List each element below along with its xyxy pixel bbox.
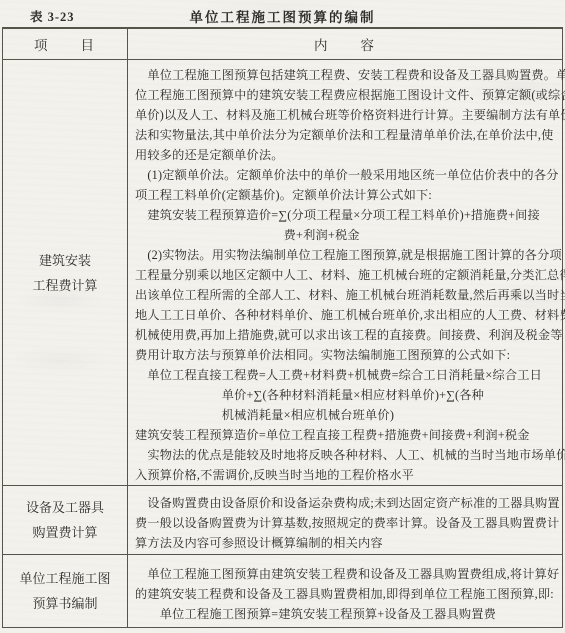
table-header-row: 项 目 内 容 — [3, 28, 563, 60]
row-label-line: 购置费计算 — [7, 520, 123, 545]
table-row: 设备及工器具购置费计算 设备购置费由设备原价和设备运杂费构成;未到达固定资产标准… — [3, 486, 563, 555]
content-line: 工程量分别乘以地区定额中人工、材料、施工机械台班的定额消耗量,分类汇总得 — [135, 265, 557, 285]
document-page: 表 3-23 单位工程施工图预算的编制 项 目 内 容 建筑安装工程费计算 单位… — [0, 0, 565, 633]
row-label: 设备及工器具购置费计算 — [3, 486, 128, 555]
content-line: (2)实物法。用实物法编制单位工程施工图预算,就是根据施工图计算的各分项 — [135, 245, 557, 265]
row-content: 单位工程施工图预算由建筑安装工程费和设备及工器具购置费组成,将计算好的建筑安装工… — [128, 555, 563, 628]
content-line: 费一般以设备购置费为计算基数,按照规定的费率计算。设备及工器具购置费计 — [135, 513, 557, 533]
table-body: 建筑安装工程费计算 单位工程施工图预算包括建筑工程费、安装工程费和设备及工器具购… — [3, 60, 563, 628]
content-line: 法和实物量法,其中单价法分为定额单价法和工程量清单单价法,在单价法中,使 — [135, 125, 557, 145]
column-header-item: 项 目 — [3, 28, 128, 60]
content-line: 单位工程施工图预算包括建筑工程费、安装工程费和设备及工器具购置费。单 — [135, 65, 557, 85]
table-caption: 表 3-23 单位工程施工图预算的编制 — [2, 3, 563, 27]
content-line: 单位工程直接工程费=人工费+材料费+机械费=综合工日消耗量×综合工日 — [135, 365, 557, 385]
content-line: 费+利润+税金 — [135, 225, 557, 245]
content-line: 机械使用费,再加上措施费,就可以求出该工程的直接费。间接费、利润及税金等 — [135, 325, 557, 345]
content-line: 设备购置费由设备原价和设备运杂费构成;未到达固定资产标准的工器具购置 — [135, 493, 557, 513]
content-line: (1)定额单价法。定额单价法中的单价一般采用地区统一单位估价表中的各分 — [135, 165, 557, 185]
row-label-line: 工程费计算 — [7, 273, 123, 298]
row-label-line: 预算书编制 — [7, 591, 123, 616]
content-line: 单位工程施工图预算由建筑安装工程费和设备及工器具购置费组成,将计算好 — [135, 564, 557, 584]
content-line: 费用计取方法与预算单价法相同。实物法编制施工图预算的公式如下: — [135, 345, 557, 365]
content-line: 用较多的还是定额单价法。 — [135, 145, 557, 165]
content-line: 的建筑安装工程费和设备及工器具购置费相加,即得到单位工程施工图预算,即: — [135, 584, 557, 604]
budget-table: 项 目 内 容 建筑安装工程费计算 单位工程施工图预算包括建筑工程费、安装工程费… — [2, 27, 563, 628]
table-row: 单位工程施工图预算书编制 单位工程施工图预算由建筑安装工程费和设备及工器具购置费… — [3, 555, 563, 628]
row-label: 单位工程施工图预算书编制 — [3, 555, 128, 628]
content-line: 建筑安装工程预算造价=∑(分项工程量×分项工程工料单价)+措施费+间接 — [135, 205, 557, 225]
row-label-line: 建筑安装 — [7, 248, 123, 273]
table-row: 建筑安装工程费计算 单位工程施工图预算包括建筑工程费、安装工程费和设备及工器具购… — [3, 60, 563, 486]
content-line: 入预算价格,不需调价,反映当时当地的工程价格水平 — [135, 465, 557, 485]
row-label-line: 设备及工器具 — [7, 495, 123, 520]
row-content: 单位工程施工图预算包括建筑工程费、安装工程费和设备及工器具购置费。单位工程施工图… — [128, 60, 563, 486]
content-line: 建筑安装工程预算造价=单位工程直接工程费+措施费+间接费+利润+税金 — [135, 425, 557, 445]
row-content: 设备购置费由设备原价和设备运杂费构成;未到达固定资产标准的工器具购置费一般以设备… — [128, 486, 563, 555]
content-line: 算方法及内容可参照设计概算编制的相关内容 — [135, 533, 557, 553]
content-line: 项工程工料单价(定额基价)。定额单价法计算公式如下: — [135, 185, 557, 205]
row-label: 建筑安装工程费计算 — [3, 60, 128, 486]
content-line: 机械消耗量×相应机械台班单价) — [135, 405, 557, 425]
column-header-content: 内 容 — [128, 28, 563, 60]
table-title: 单位工程施工图预算的编制 — [2, 6, 563, 26]
content-line: 实物法的优点是能较及时地将反映各种材料、人工、机械的当时当地市场单价计 — [135, 445, 557, 465]
row-label-line: 单位工程施工图 — [7, 566, 123, 591]
content-line: 单位工程施工图预算=建筑安装工程预算+设备及工器具购置费 — [135, 604, 557, 624]
content-line: 地人工工日单价、各种材料单价、施工机械台班单价,求出相应的人工费、材料费、 — [135, 305, 557, 325]
content-line: 位工程施工图预算中的建筑安装工程费应根据施工图设计文件、预算定额(或综合 — [135, 85, 557, 105]
content-line: 出该单位工程所需的全部人工、材料、施工机械台班消耗数量,然后再乘以当时当 — [135, 285, 557, 305]
content-line: 单价)以及人工、材料及施工机械台班等价格资料进行计算。主要编制方法有单价 — [135, 105, 557, 125]
content-line: 单价+∑(各种材料消耗量×相应材料单价)+∑(各种 — [135, 385, 557, 405]
